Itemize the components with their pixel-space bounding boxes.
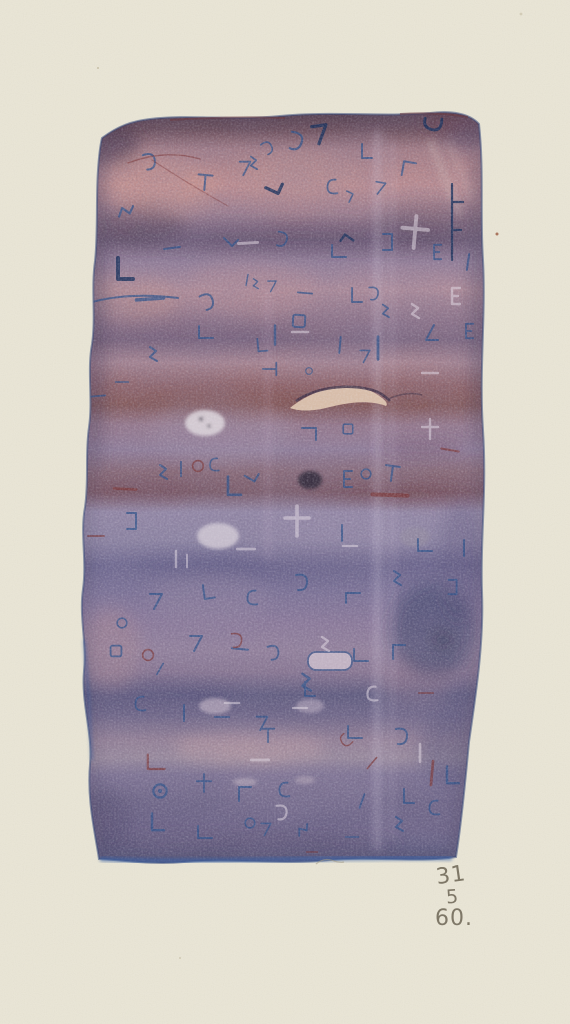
- light-grain-texture: [80, 108, 490, 870]
- artwork-scan: 31 5 60.: [0, 0, 570, 1024]
- inscription-line-2: 5: [445, 886, 460, 909]
- inscription-line-3: 60.: [435, 906, 473, 931]
- watercolor-painting: [80, 108, 492, 870]
- bottom-blue-edge: [100, 858, 452, 861]
- artwork-canvas: 31 5 60.: [0, 0, 570, 1024]
